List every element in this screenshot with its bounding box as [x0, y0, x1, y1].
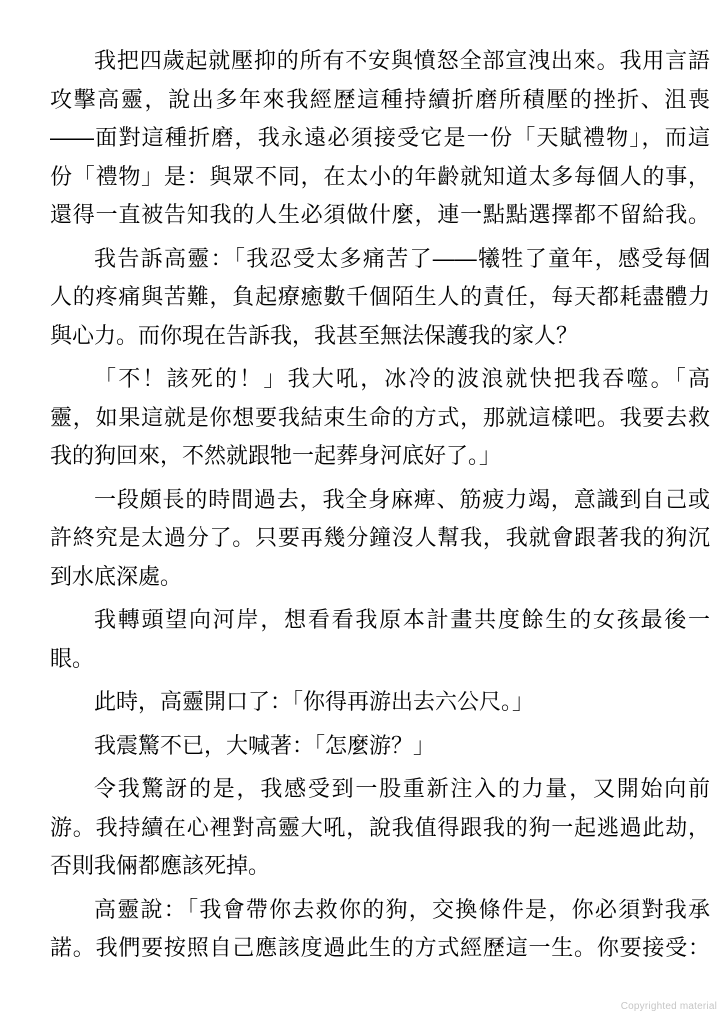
paragraph: 此時，高靈開口了：「你得再游出去六公尺。」	[50, 683, 710, 722]
text-line: 令我驚訝的是，我感受到一股重新注入的力量，又開始向前	[50, 770, 710, 809]
text-line: 「不！該死的！」我大吼，冰冷的波浪就快把我吞噬。「高	[50, 360, 710, 399]
paragraph: 我告訴高靈：「我忍受太多痛苦了——犧牲了童年，感受每個 人的疼痛與苦難，負起療癒…	[50, 240, 710, 356]
text-line: 眼。	[50, 640, 710, 679]
text-line: 與心力。而你現在告訴我，我甚至無法保護我的家人？	[50, 317, 710, 356]
copyright-watermark: Copyrighted material	[621, 1001, 717, 1012]
text-line: ——面對這種折磨，我永遠必須接受它是一份「天賦禮物」，而這	[50, 119, 710, 158]
paragraph: 我轉頭望向河岸，想看看我原本計畫共度餘生的女孩最後一 眼。	[50, 601, 710, 678]
paragraph: 「不！該死的！」我大吼，冰冷的波浪就快把我吞噬。「高 靈，如果這就是你想要我結束…	[50, 360, 710, 476]
text-line: 到水底深處。	[50, 558, 710, 597]
text-line: 我轉頭望向河岸，想看看我原本計畫共度餘生的女孩最後一	[50, 601, 710, 640]
text-line: 諾。我們要按照自己應該度過此生的方式經歷這一生。你要接受：	[50, 929, 710, 968]
text-line: 靈，如果這就是你想要我結束生命的方式，那就這樣吧。我要去救	[50, 399, 710, 438]
text-line: 許終究是太過分了。只要再幾分鐘沒人幫我，我就會跟著我的狗沉	[50, 519, 710, 558]
text-line: 我的狗回來，不然就跟牠一起葬身河底好了。」	[50, 437, 710, 476]
text-line: 人的疼痛與苦難，負起療癒數千個陌生人的責任，每天都耗盡體力	[50, 278, 710, 317]
text-line: 份「禮物」是：與眾不同，在太小的年齡就知道太多每個人的事，	[50, 158, 710, 197]
text-line: 我把四歲起就壓抑的所有不安與憤怒全部宣洩出來。我用言語	[50, 42, 710, 81]
text-line: 我告訴高靈：「我忍受太多痛苦了——犧牲了童年，感受每個	[50, 240, 710, 279]
text-line: 游。我持續在心裡對高靈大吼，說我值得跟我的狗一起逃過此劫，	[50, 809, 710, 848]
text-line: 攻擊高靈，說出多年來我經歷這種持續折磨所積壓的挫折、沮喪	[50, 81, 710, 120]
paragraph: 我把四歲起就壓抑的所有不安與憤怒全部宣洩出來。我用言語 攻擊高靈，說出多年來我經…	[50, 42, 710, 235]
paragraph: 高靈說：「我會帶你去救你的狗，交換條件是，你必須對我承 諾。我們要按照自己應該度…	[50, 891, 710, 968]
text-line: 否則我倆都應該死掉。	[50, 847, 710, 886]
text-line: 一段頗長的時間過去，我全身麻痺、筋疲力竭，意識到自己或	[50, 481, 710, 520]
paragraph: 我震驚不已，大喊著：「怎麼游？」	[50, 727, 710, 766]
text-line: 還得一直被告知我的人生必須做什麼，連一點點選擇都不留給我。	[50, 196, 710, 235]
text-line: 我震驚不已，大喊著：「怎麼游？」	[50, 727, 710, 766]
text-line: 此時，高靈開口了：「你得再游出去六公尺。」	[50, 683, 710, 722]
text-column: 我把四歲起就壓抑的所有不安與憤怒全部宣洩出來。我用言語 攻擊高靈，說出多年來我經…	[50, 42, 710, 968]
paragraph: 一段頗長的時間過去，我全身麻痺、筋疲力竭，意識到自己或 許終究是太過分了。只要再…	[50, 481, 710, 597]
book-page: 我把四歲起就壓抑的所有不安與憤怒全部宣洩出來。我用言語 攻擊高靈，說出多年來我經…	[0, 0, 728, 1024]
paragraph: 令我驚訝的是，我感受到一股重新注入的力量，又開始向前 游。我持續在心裡對高靈大吼…	[50, 770, 710, 886]
text-line: 高靈說：「我會帶你去救你的狗，交換條件是，你必須對我承	[50, 891, 710, 930]
